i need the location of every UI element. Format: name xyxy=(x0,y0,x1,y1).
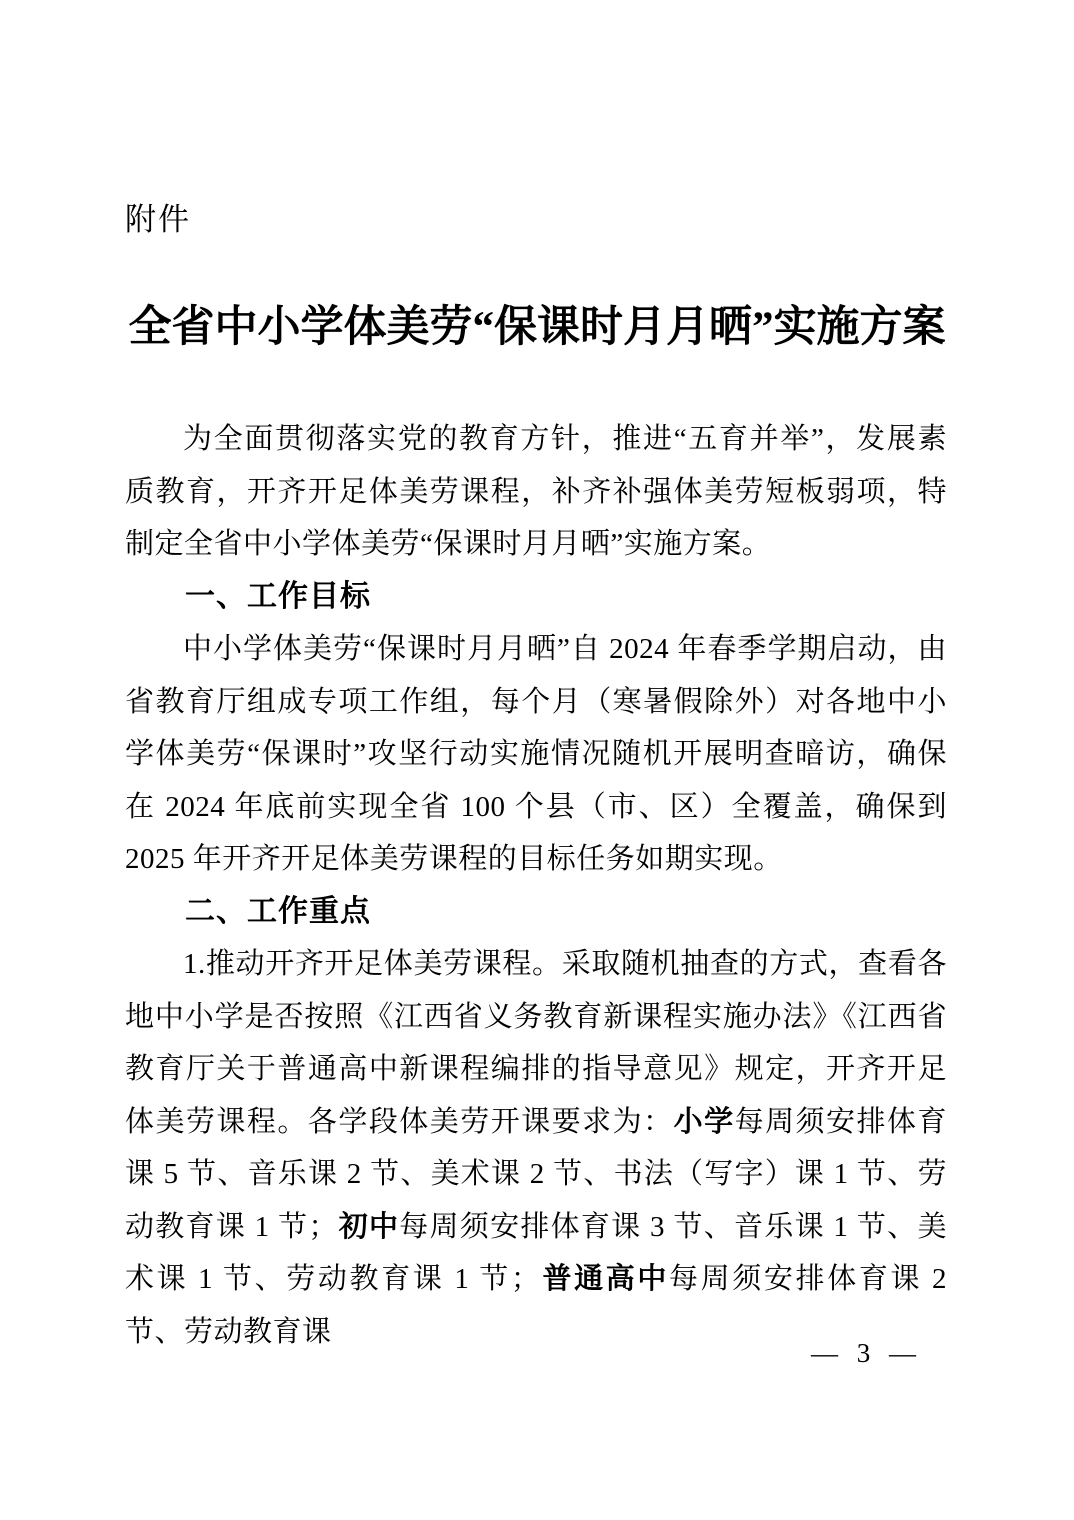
heading-work-focus: 二、工作重点 xyxy=(125,886,947,939)
bold-term-junior-high: 初中 xyxy=(338,1211,399,1243)
paragraph-work-focus: 1.推动开齐开足体美劳课程。采取随机抽查的方式，查看各地中小学是否按照《江西省义… xyxy=(125,938,947,1358)
heading-work-goals: 一、工作目标 xyxy=(125,571,947,624)
document-body: 为全面贯彻落实党的教育方针，推进“五育并举”，发展素质教育，开齐开足体美劳课程，… xyxy=(125,413,947,1358)
attachment-label: 附件 xyxy=(125,200,191,240)
paragraph-intro: 为全面贯彻落实党的教育方针，推进“五育并举”，发展素质教育，开齐开足体美劳课程，… xyxy=(125,413,947,571)
document-title: 全省中小学体美劳“保课时月月晒”实施方案 xyxy=(0,293,1074,354)
page-number: — 3 — xyxy=(811,1338,922,1369)
document-page: 附件 全省中小学体美劳“保课时月月晒”实施方案 为全面贯彻落实党的教育方针，推进… xyxy=(0,0,1074,1520)
bold-term-primary-school: 小学 xyxy=(674,1106,735,1138)
bold-term-senior-high: 普通高中 xyxy=(540,1263,669,1295)
paragraph-work-goals: 中小学体美劳“保课时月月晒”自 2024 年春季学期启动，由省教育厅组成专项工作… xyxy=(125,623,947,886)
